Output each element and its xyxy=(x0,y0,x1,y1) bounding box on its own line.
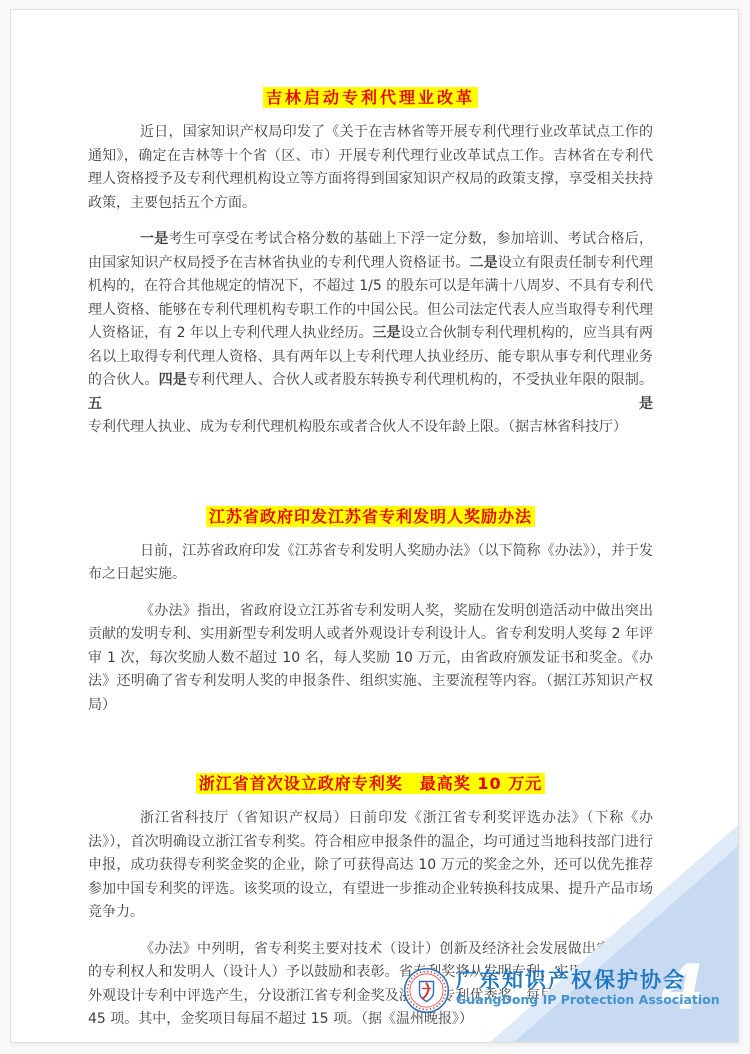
article-title-highlight: 吉林启动专利代理业改革 xyxy=(263,87,478,108)
paragraph-text-run: 日前，江苏省政府印发《江苏省专利发明人奖励办法》（以下简称《办法》），并于发布之… xyxy=(88,543,653,583)
article: 吉林启动专利代理业改革近日，国家知识产权局印发了《关于在吉林省等开展专利代理行业… xyxy=(88,87,653,440)
article-title: 吉林启动专利代理业改革 xyxy=(88,87,653,108)
article-title-highlight: 江苏省政府印发江苏省专利发明人奖励办法 xyxy=(206,506,535,527)
paragraph-bold-run: 四是 xyxy=(159,372,187,388)
article-paragraph: 《办法》指出，省政府设立江苏省专利发明人奖，奖励在发明创造活动中做出突出贡献的发… xyxy=(88,600,653,718)
footer-brand-text: 广东知识产权保护协会 GuangDong IP Protection Assoc… xyxy=(456,967,720,1007)
article: 江苏省政府印发江苏省专利发明人奖励办法日前，江苏省政府印发《江苏省专利发明人奖励… xyxy=(88,506,653,718)
paragraph-bold-run: 三是 xyxy=(372,325,400,341)
article-paragraph: 一是考生可享受在考试合格分数的基础上下浮一定分数，参加培训、考试合格后，由国家知… xyxy=(88,228,653,440)
paragraph-bold-run: 一是 xyxy=(140,231,169,247)
article-title-highlight: 浙江省首次设立政府专利奖 最高奖 10 万元 xyxy=(196,773,545,794)
article-paragraph: 日前，江苏省政府印发《江苏省专利发明人奖励办法》（以下简称《办法》），并于发布之… xyxy=(88,540,653,587)
newsletter-page: 吉林启动专利代理业改革近日，国家知识产权局印发了《关于在吉林省等开展专利代理行业… xyxy=(10,9,739,1043)
paragraph-text-run: 浙江省科技厅（省知识产权局）日前印发《浙江省专利奖评选办法》（下称《办法》），首… xyxy=(88,810,653,920)
article-paragraph: 近日，国家知识产权局印发了《关于在吉林省等开展专利代理行业改革试点工作的通知》，… xyxy=(88,121,653,215)
paragraph-text-run: 专利代理人执业、成为专利代理机构股东或者合伙人不设年龄上限。（据吉林省科技厅） xyxy=(88,419,627,435)
paragraph-bold-run: 五是 xyxy=(88,396,653,412)
association-badge-icon xyxy=(403,967,450,1014)
article-title: 浙江省首次设立政府专利奖 最高奖 10 万元 xyxy=(88,773,653,794)
association-name-cn: 广东知识产权保护协会 xyxy=(456,969,720,992)
paragraph-bold-run: 二是 xyxy=(469,255,497,271)
footer-brand: 广东知识产权保护协会 GuangDong IP Protection Assoc… xyxy=(403,967,720,1014)
paragraph-text-run: 专利代理人、合伙人或者股东转换专利代理机构的，不受执业年限的限制。 xyxy=(187,372,653,388)
paragraph-text-run: 近日，国家知识产权局印发了《关于在吉林省等开展专利代理行业改革试点工作的通知》，… xyxy=(88,124,653,211)
articles-container: 吉林启动专利代理业改革近日，国家知识产权局印发了《关于在吉林省等开展专利代理行业… xyxy=(88,10,653,1032)
paragraph-text-run: 《办法》指出，省政府设立江苏省专利发明人奖，奖励在发明创造活动中做出突出贡献的发… xyxy=(88,603,653,713)
association-name-en: GuangDong IP Protection Association xyxy=(456,993,720,1007)
article-paragraph: 浙江省科技厅（省知识产权局）日前印发《浙江省专利奖评选办法》（下称《办法》），首… xyxy=(88,807,653,925)
article-title: 江苏省政府印发江苏省专利发明人奖励办法 xyxy=(88,506,653,527)
